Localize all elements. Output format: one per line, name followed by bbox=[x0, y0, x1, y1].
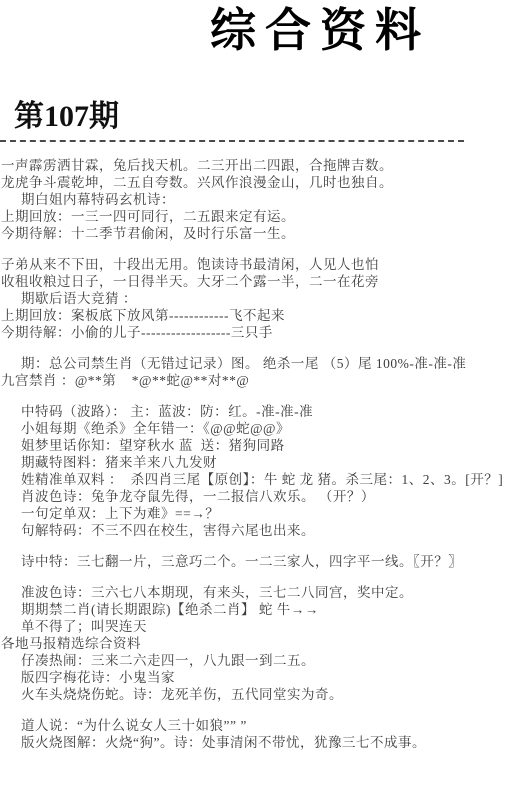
text-line: 诗中特：三七翻一片，三意巧二个。一二三家人，四字平一线。〖开？〗 bbox=[0, 553, 522, 570]
text-line: 姐梦里话你知：望穿秋水 蓝 送：猪狗同路 bbox=[0, 437, 522, 454]
text-line: 期藏特图料：猪来羊来八九发财 bbox=[0, 454, 522, 471]
blank-line bbox=[0, 389, 522, 403]
blank-line bbox=[0, 341, 522, 355]
blank-line bbox=[0, 539, 522, 553]
text-line: 肖波色诗：兔争龙夺鼠先得，一二报信八欢乐。 （开？） bbox=[0, 488, 522, 505]
text-line: 一句定单双：上下为难》==→？ bbox=[0, 505, 522, 522]
text-line: 今期待解：十二季节君偷闲，及时行乐富一生。 bbox=[0, 225, 522, 242]
blank-line bbox=[0, 242, 522, 256]
text-line: 句解特码：不三不四在校生，害得六尾也出来。 bbox=[0, 522, 522, 539]
text-line: 期期禁二肖(请长期跟踪)【绝杀二肖】 蛇 牛→→ bbox=[0, 601, 522, 618]
text-line: 子弟从来不下田，十段出无用。饱读诗书最清闲，人见人也怕 bbox=[0, 256, 522, 273]
text-line: 今期待解：小偷的儿子------------------三只手 bbox=[0, 324, 522, 341]
page-title: 综合资料 bbox=[0, 6, 522, 57]
text-line: 期白姐内幕特码玄机诗： bbox=[0, 191, 522, 208]
text-line: 准波色诗：三六七八本期现，有来头，三七二八同宫，奖中定。 bbox=[0, 584, 522, 601]
text-line: 版四字梅花诗：小鬼当家 bbox=[0, 669, 522, 686]
text-line: 仔凑热闹：三来二六走四一，八九跟一到二五。 bbox=[0, 652, 522, 669]
text-line: 九宫禁肖 ：@**第 *@**蛇@**对**@ bbox=[0, 372, 522, 389]
text-line: 期：总公司禁生肖（无错过记录）图。 绝杀一尾 （5）尾 100%-准-准-准 bbox=[0, 355, 522, 372]
text-line: 小姐每期《绝杀》全年错一：《@@蛇@@》 bbox=[0, 420, 522, 437]
document-body: 一声霹雳洒甘霖，兔后找天机。二三开出二四跟，合拖牌吉数。龙虎争斗震乾坤，二五自夸… bbox=[0, 157, 522, 751]
text-line: 单不得了；叫哭连天 bbox=[0, 618, 522, 635]
text-line: 期歇后语大竞猜 ： bbox=[0, 290, 522, 307]
text-line: 道人说：“为什么说女人三十如狼”” ” bbox=[0, 717, 522, 734]
document-page: 综合资料 第107期 一声霹雳洒甘霖，兔后找天机。二三开出二四跟，合拖牌吉数。龙… bbox=[0, 6, 522, 751]
issue-heading: 第107期 bbox=[14, 101, 522, 133]
text-line: 上期回放：一三一四可同行，二五跟来定有运。 bbox=[0, 208, 522, 225]
blank-line bbox=[0, 703, 522, 717]
text-line: 收租收粮过日子，一日得半天。大牙二个露一半，二一在花旁 bbox=[0, 273, 522, 290]
text-line: 版火烧图解：火烧“狗”。诗：处事清闲不带忧，犹豫三七不成事。 bbox=[0, 734, 522, 751]
text-line: 火车头烧烧伤蛇。诗：龙死羊伤，五代同堂实为奇。 bbox=[0, 686, 522, 703]
text-line: 中特码（波路）： 主：蓝波：防：红。-准-准-准 bbox=[0, 403, 522, 420]
text-line: 一声霹雳洒甘霖，兔后找天机。二三开出二四跟，合拖牌吉数。 bbox=[0, 157, 522, 174]
text-line: 姓精准单双料 ： 杀四肖三尾【原创】：牛 蛇 龙 猪。杀三尾：1、2、3。[开？… bbox=[0, 471, 522, 488]
blank-line bbox=[0, 570, 522, 584]
dashed-separator bbox=[0, 140, 464, 142]
text-line: 龙虎争斗震乾坤，二五自夸数。兴风作浪漫金山，几时也独自。 bbox=[0, 174, 522, 191]
text-line: 上期回放：案板底下放风第------------飞不起来 bbox=[0, 307, 522, 324]
text-line: 各地马报精选综合资料 bbox=[0, 635, 522, 652]
